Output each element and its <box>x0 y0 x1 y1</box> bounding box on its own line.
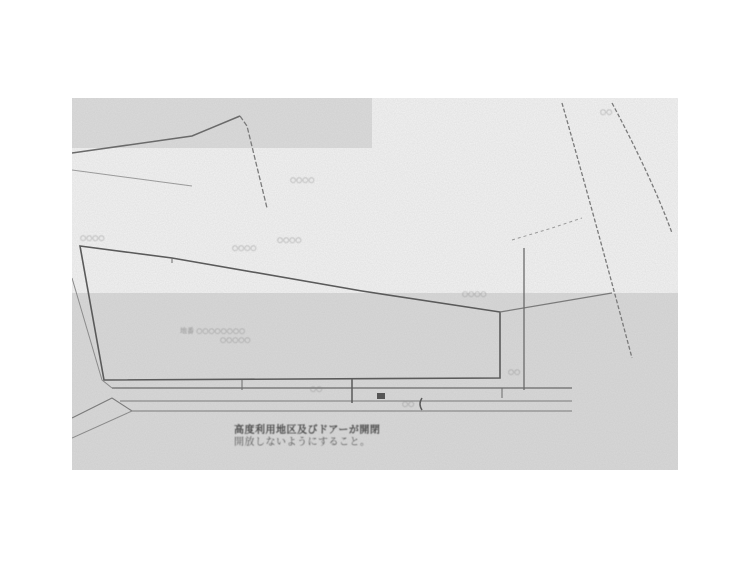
lot-label: 地番 ○○○○○○○○ ○○○○○ <box>180 326 251 344</box>
caption-line1: 高度利用地区及びドアーが開閉 <box>234 425 380 437</box>
road-annotation: ○○ <box>310 385 322 393</box>
boundary-annotation: ○○○○ <box>232 244 256 252</box>
map-caption: 高度利用地区及びドアーが開閉 開放しないようにすること。 <box>234 425 380 449</box>
boundary-annotation: ○○○○ <box>462 290 486 298</box>
lot-label-line1: 地番 ○○○○○○○○ <box>180 326 251 336</box>
corner-annotation: ○○ <box>600 108 612 116</box>
road-annotation: ○○ <box>402 400 414 408</box>
road-annotation: ○○○○ <box>290 176 314 184</box>
corner-annotation: ○○○○ <box>80 234 104 242</box>
survey-lines <box>72 98 678 470</box>
survey-map-scan: 地番 ○○○○○○○○ ○○○○○ ○○○○ ○○○○ ○○○○ ○○○○ ○○… <box>72 98 678 470</box>
caption-line2: 開放しないようにすること。 <box>234 437 380 449</box>
corner-annotation: ○○ <box>508 368 520 376</box>
lot-label-line2: ○○○○○ <box>220 336 251 344</box>
road-annotation: ○○○○ <box>277 236 301 244</box>
